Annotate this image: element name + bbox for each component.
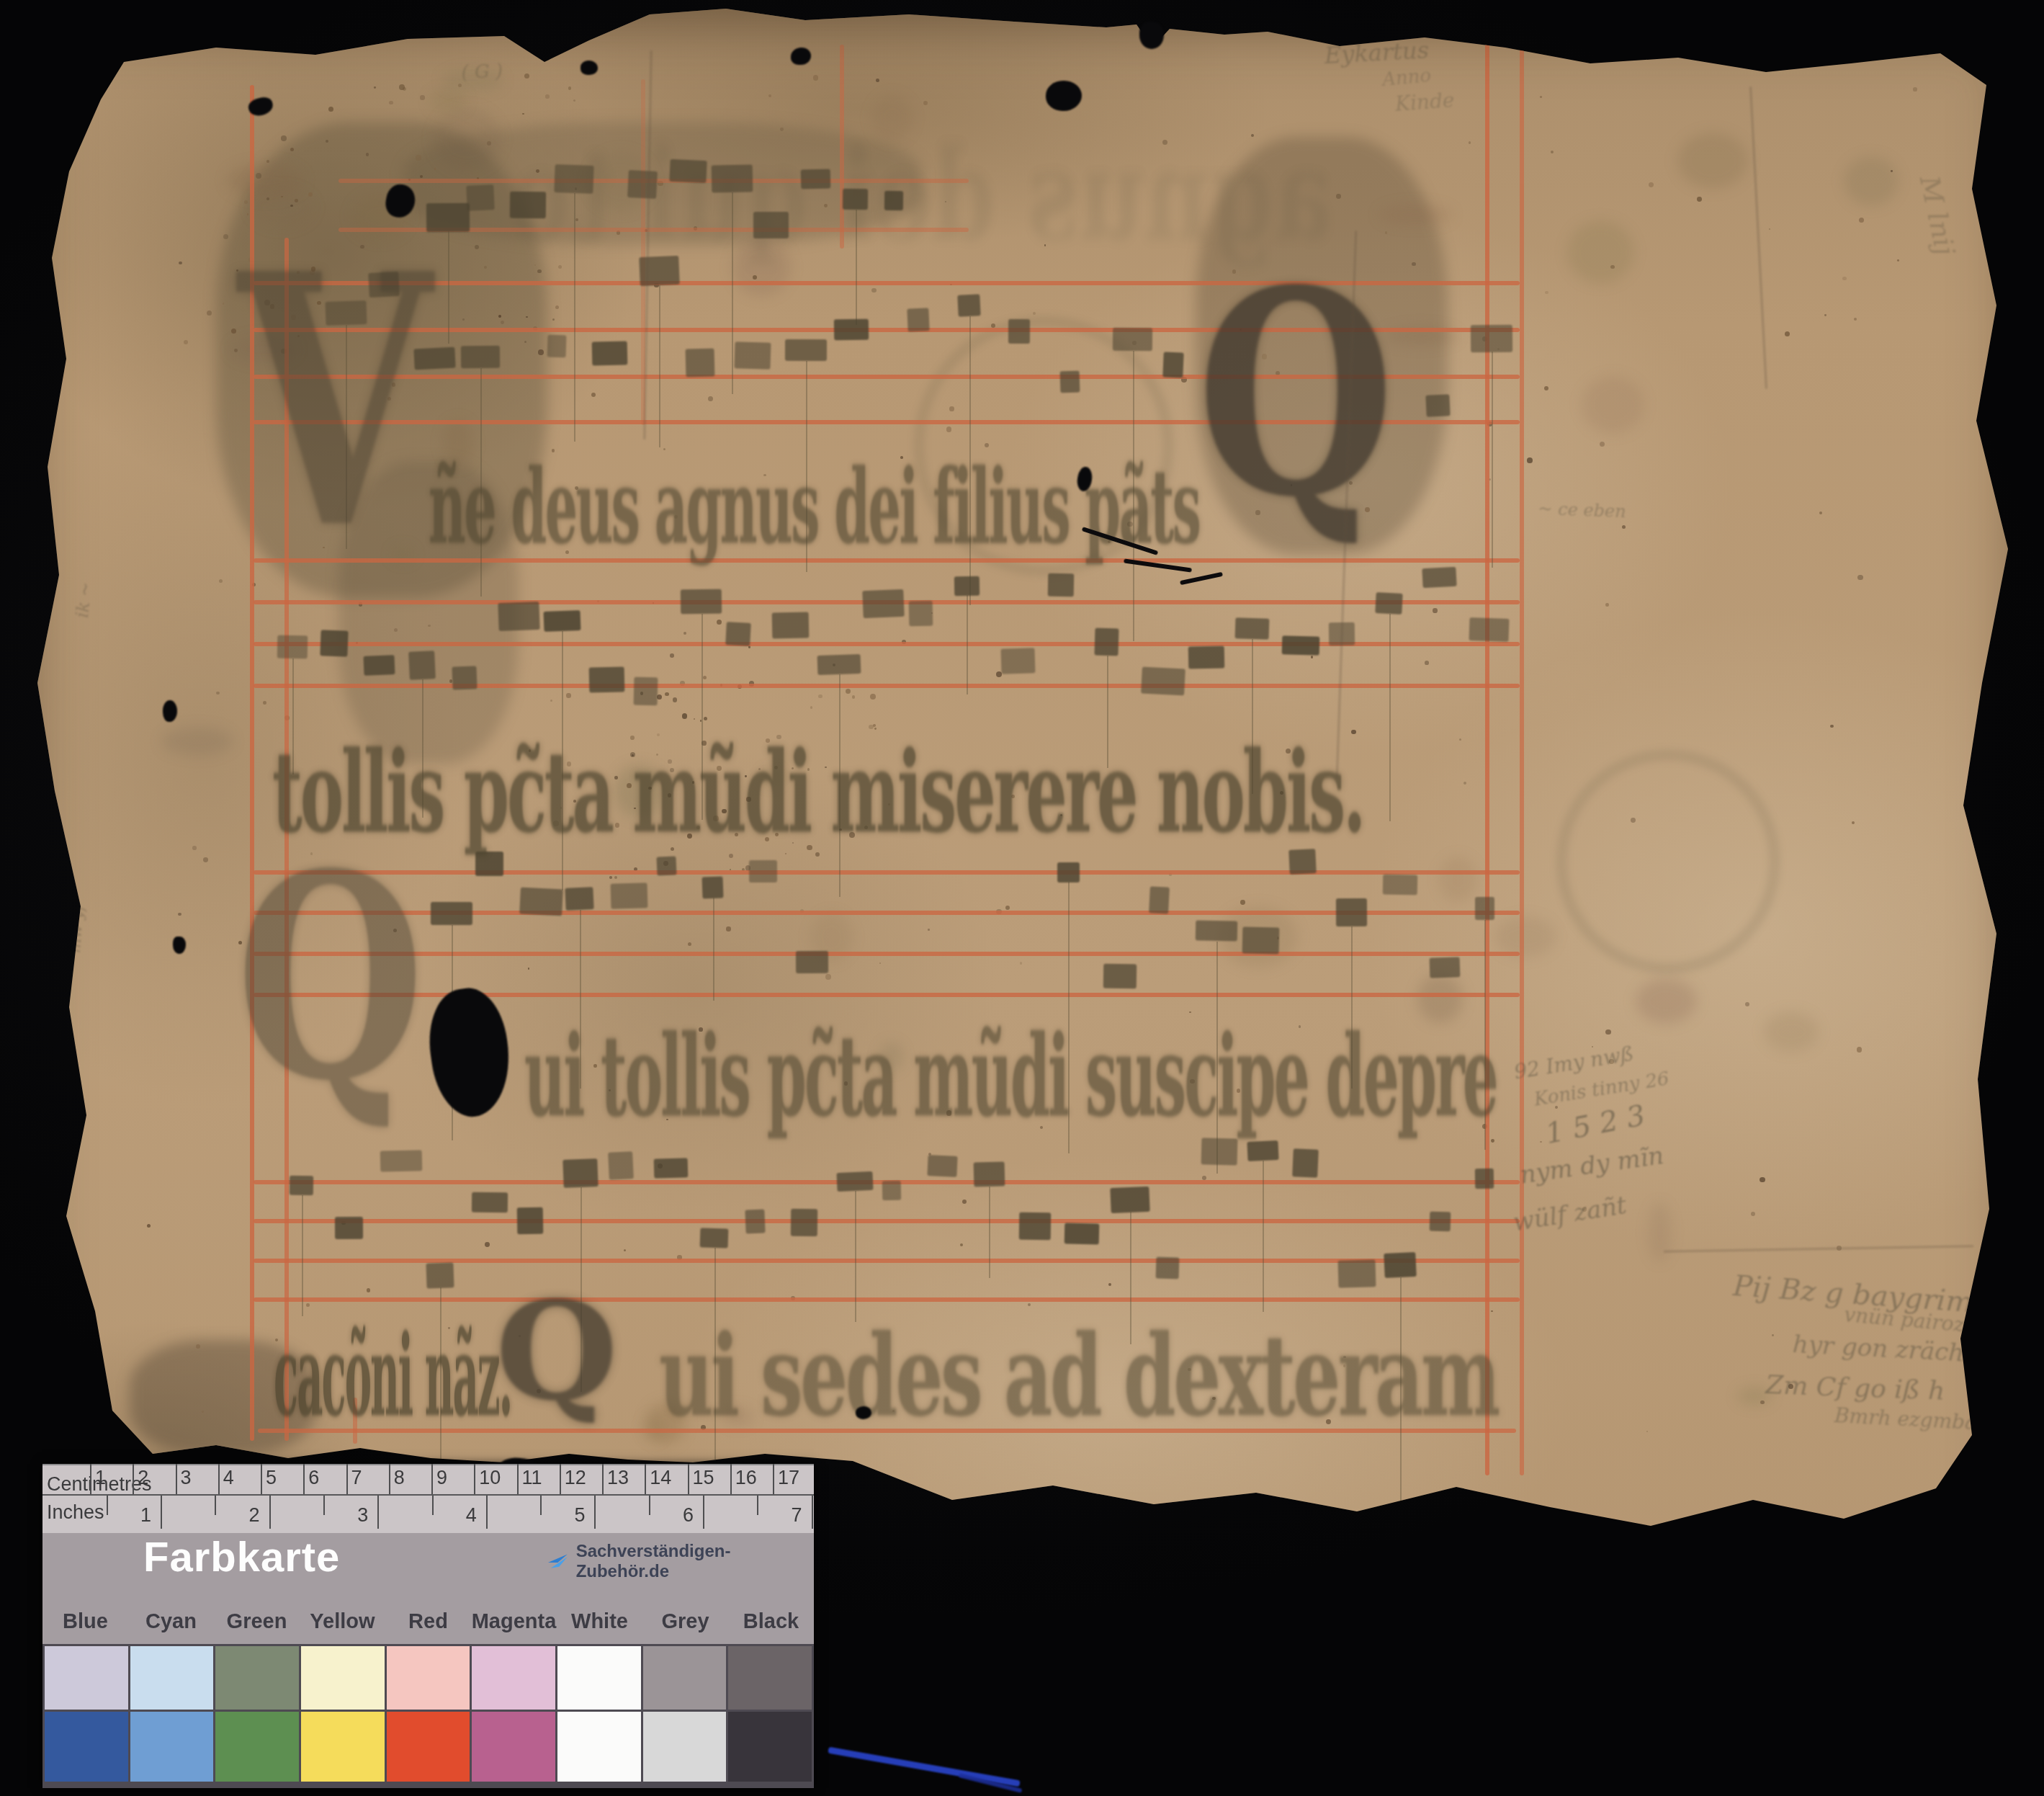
cm-tick xyxy=(261,1464,262,1494)
half-inch-tick xyxy=(649,1496,650,1515)
cm-tick-number: 2 xyxy=(138,1467,148,1489)
swatch-cyan-top xyxy=(130,1646,214,1710)
color-calibration-card: Centimetres Inches 123456789101112131415… xyxy=(42,1464,814,1788)
vendor-logo: Sachverständigen-Zubehör.de xyxy=(547,1542,814,1582)
inch-tick-number: 7 xyxy=(792,1504,802,1527)
cm-tick xyxy=(176,1464,177,1494)
swatch-label-cyan: Cyan xyxy=(145,1610,197,1634)
swatch-red-top xyxy=(387,1646,470,1710)
swatch-grid xyxy=(42,1644,814,1788)
cm-tick-number: 16 xyxy=(735,1467,757,1489)
inch-tick-number: 5 xyxy=(574,1504,585,1527)
swatch-grey-top xyxy=(643,1646,727,1710)
half-inch-tick xyxy=(432,1496,434,1515)
swatch-magenta-bottom xyxy=(472,1712,555,1782)
swatch-blue-top xyxy=(45,1646,128,1710)
photo-backdrop: agnus dei qui to ñe deus agnus dei filiu… xyxy=(0,0,2044,1796)
cm-tick-number: 14 xyxy=(650,1467,671,1489)
half-inch-tick xyxy=(540,1496,542,1515)
parchment-hole xyxy=(163,700,177,722)
logo-arrow-icon xyxy=(547,1551,570,1573)
swatch-label-yellow: Yellow xyxy=(310,1610,375,1634)
cm-tick xyxy=(431,1464,433,1494)
cm-tick-number: 11 xyxy=(522,1467,542,1489)
inch-tick xyxy=(161,1496,162,1529)
cm-tick-number: 17 xyxy=(778,1467,799,1489)
parchment-hole xyxy=(1046,81,1082,111)
swatch-cyan-bottom xyxy=(130,1712,214,1782)
cm-tick xyxy=(90,1464,91,1494)
swatch-label-grey: Grey xyxy=(661,1610,709,1634)
half-inch-tick xyxy=(757,1496,758,1515)
cm-tick xyxy=(389,1464,390,1494)
cm-tick-number: 1 xyxy=(95,1467,106,1489)
swatch-grey-bottom xyxy=(643,1712,727,1782)
inch-tick xyxy=(486,1496,488,1529)
swatch-black-top xyxy=(728,1646,812,1710)
inch-tick xyxy=(269,1496,271,1529)
cm-tick xyxy=(133,1464,134,1494)
swatch-green-top xyxy=(215,1646,299,1710)
swatch-label-white: White xyxy=(571,1610,628,1634)
swatch-yellow-bottom xyxy=(301,1712,385,1782)
cm-tick-number: 13 xyxy=(607,1467,629,1489)
vendor-logo-text: Sachverständigen-Zubehör.de xyxy=(576,1542,814,1582)
ruler: Centimetres Inches 123456789101112131415… xyxy=(42,1464,814,1533)
half-inch-tick xyxy=(215,1496,216,1515)
swatch-label-green: Green xyxy=(227,1610,287,1634)
cm-tick-number: 10 xyxy=(479,1467,501,1489)
inch-tick-number: 2 xyxy=(249,1504,260,1527)
inch-tick-number: 6 xyxy=(683,1504,694,1527)
cm-tick-number: 12 xyxy=(565,1467,586,1489)
cm-tick xyxy=(773,1464,774,1494)
inch-tick-number: 1 xyxy=(140,1504,151,1527)
cm-tick xyxy=(645,1464,646,1494)
swatch-white-bottom xyxy=(557,1712,641,1782)
parchment-hole xyxy=(581,61,598,75)
cm-tick-number: 6 xyxy=(308,1467,319,1489)
parchment-hole xyxy=(173,937,186,954)
cm-tick xyxy=(730,1464,732,1494)
swatch-label-red: Red xyxy=(408,1610,448,1634)
cm-tick-number: 15 xyxy=(693,1467,714,1489)
swatch-black-bottom xyxy=(728,1712,812,1782)
inch-tick-number: 4 xyxy=(466,1504,477,1527)
inch-tick-number: 3 xyxy=(357,1504,368,1527)
swatch-magenta-top xyxy=(472,1646,555,1710)
parchment-hole xyxy=(791,48,811,65)
ruler-divider-line xyxy=(42,1494,814,1496)
swatch-yellow-top xyxy=(301,1646,385,1710)
cm-tick xyxy=(346,1464,348,1494)
inch-tick xyxy=(703,1496,704,1529)
half-inch-tick xyxy=(323,1496,325,1515)
inch-tick xyxy=(594,1496,596,1529)
half-inch-tick xyxy=(107,1496,108,1515)
cm-tick-number: 8 xyxy=(394,1467,405,1489)
card-title: Farbkarte xyxy=(143,1533,340,1581)
swatch-label-blue: Blue xyxy=(63,1610,108,1634)
ruler-top-line xyxy=(42,1464,814,1465)
swatch-red-bottom xyxy=(387,1712,470,1782)
cm-tick xyxy=(688,1464,689,1494)
swatch-green-bottom xyxy=(215,1712,299,1782)
cm-tick-number: 4 xyxy=(223,1467,234,1489)
cm-tick xyxy=(303,1464,305,1494)
cm-tick xyxy=(560,1464,561,1494)
cm-tick xyxy=(218,1464,220,1494)
swatch-label-magenta: Magenta xyxy=(472,1610,557,1634)
cm-tick xyxy=(474,1464,475,1494)
cm-tick-number: 9 xyxy=(436,1467,447,1489)
cm-tick xyxy=(602,1464,604,1494)
swatch-white-top xyxy=(557,1646,641,1710)
parchment-hole xyxy=(1139,22,1164,49)
swatch-blue-bottom xyxy=(45,1712,128,1782)
swatch-label-black: Black xyxy=(743,1610,799,1634)
cm-tick-number: 7 xyxy=(351,1467,362,1489)
inch-tick xyxy=(812,1496,813,1529)
cm-tick-number: 3 xyxy=(181,1467,192,1489)
inch-tick xyxy=(377,1496,379,1529)
cm-tick-number: 5 xyxy=(266,1467,277,1489)
ruler-inch-label: Inches xyxy=(47,1501,104,1524)
cm-tick xyxy=(517,1464,519,1494)
